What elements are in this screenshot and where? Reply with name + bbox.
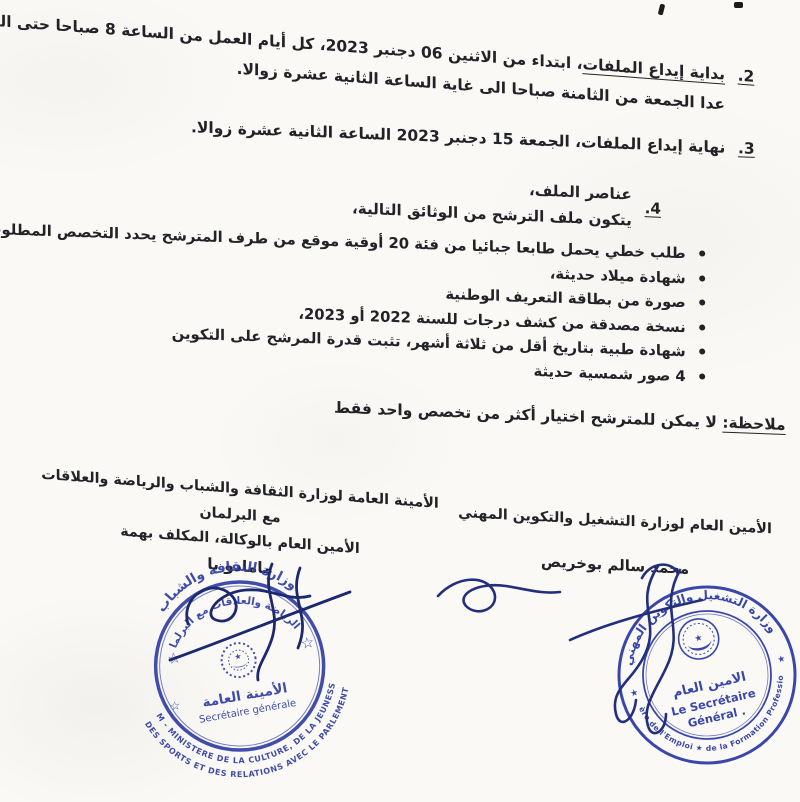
note-label: ملاحظة: [723,414,786,434]
bullet-icon: • [697,316,708,341]
list-item-4: 4. عناصر الملف، يتكون ملف الترشح من الوث… [352,169,665,235]
item3-text: نهاية إيداع الملفات، الجمعة 15 دجنبر 202… [191,112,725,163]
documents-bullet-list: •طلب خطي يحمل طابعا جبائيا من فئة 20 أوق… [0,218,708,390]
star-icon: ☆ [168,698,181,714]
signature-left-svg [160,552,360,692]
signature-stroke [438,580,560,612]
bullet-icon: • [697,341,708,366]
bullet-icon: • [697,292,708,317]
item-number: 2. [734,60,758,122]
signature-right-svg [420,548,720,763]
star-icon: ★ [776,654,786,666]
signatory-title-line: الأمين العام لوزارة التشغيل والتكوين الم… [445,500,785,543]
signature-stroke [642,565,678,578]
item-number: 4. [641,195,665,222]
signature-stroke [297,568,303,648]
signature-stroke [187,588,310,624]
bullet-icon: • [697,243,708,268]
note-text: لا يمكن للمترشح اختيار أكثر من تخصص واحد… [334,399,717,432]
list-item-2: 2. بداية إيداع الملفات، ابتداء من الاثني… [26,8,758,122]
list-item-3: 3. نهاية إيداع الملفات، الجمعة 15 دجنبر … [191,112,758,164]
ink-artifact [734,2,743,8]
handwritten-signature-right [420,548,720,767]
signature-stroke [570,600,702,640]
item-number: 3. [734,133,758,164]
ink-artifact [658,4,666,16]
bullet-icon: • [697,365,708,390]
scanned-document-page: 2. بداية إيداع الملفات، ابتداء من الاثني… [0,0,800,802]
handwritten-signature-left [160,552,360,696]
note-line: ملاحظة: لا يمكن للمترشح اختيار أكثر من ت… [334,395,786,438]
signature-stroke [170,592,350,660]
signature-stroke [647,570,680,733]
bullet-icon: • [697,267,708,292]
